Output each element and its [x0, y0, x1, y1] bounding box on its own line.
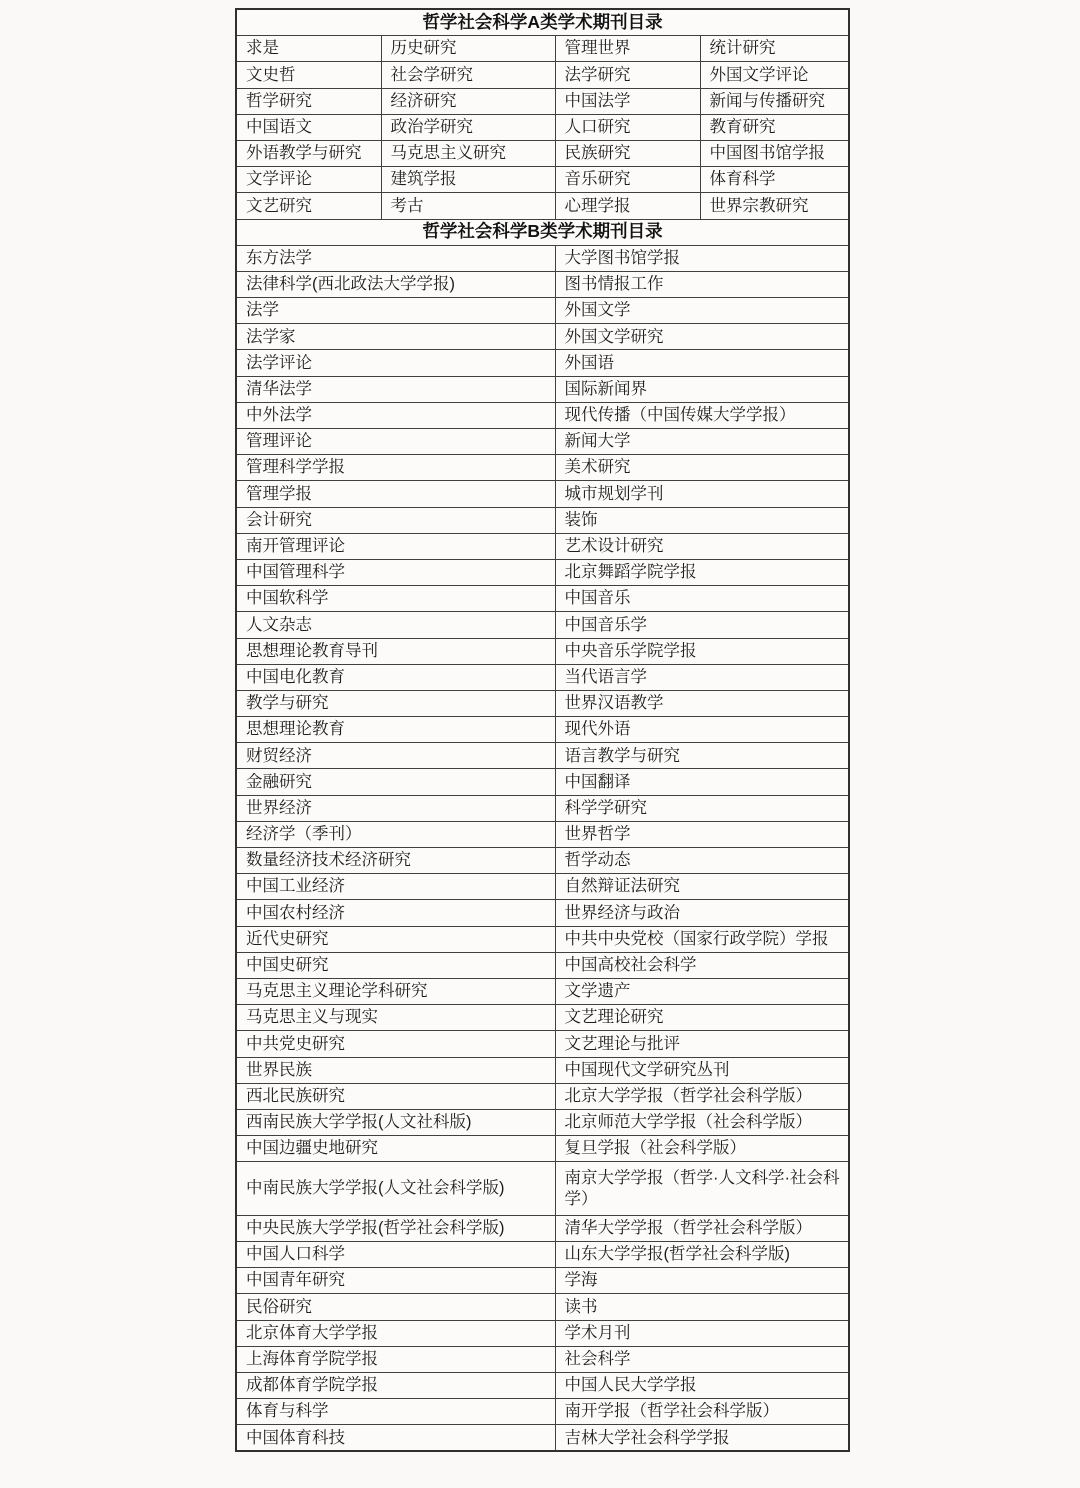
journal-cell: 上海体育学院学报 — [236, 1346, 555, 1372]
journal-cell: 艺术设计研究 — [555, 533, 849, 559]
journal-cell: 人文杂志 — [236, 612, 555, 638]
journal-cell: 心理学报 — [555, 193, 700, 219]
table-row: 思想理论教育导刊中央音乐学院学报 — [236, 638, 849, 664]
table-row: 法学外国文学 — [236, 298, 849, 324]
journal-cell: 世界汉语教学 — [555, 690, 849, 716]
table-row: 数量经济技术经济研究哲学动态 — [236, 848, 849, 874]
journal-cell: 求是 — [236, 36, 381, 62]
table-row: 人文杂志中国音乐学 — [236, 612, 849, 638]
section_b-title: 哲学社会科学B类学术期刊目录 — [236, 219, 849, 245]
journal-cell: 会计研究 — [236, 507, 555, 533]
table-row: 中南民族大学学报(人文社会科学版)南京大学学报（哲学·人文科学·社会科学） — [236, 1162, 849, 1216]
section_b-header-row: 哲学社会科学B类学术期刊目录 — [236, 219, 849, 245]
journal-cell: 新闻大学 — [555, 429, 849, 455]
journal-cell: 民俗研究 — [236, 1294, 555, 1320]
journal-cell: 城市规划学刊 — [555, 481, 849, 507]
journal-cell: 新闻与传播研究 — [700, 88, 849, 114]
journal-cell: 政治学研究 — [381, 114, 555, 140]
journal-cell: 文艺理论研究 — [555, 1005, 849, 1031]
journal-cell: 现代传播（中国传媒大学学报） — [555, 402, 849, 428]
table-row: 中国语文政治学研究人口研究教育研究 — [236, 114, 849, 140]
journal-cell: 考古 — [381, 193, 555, 219]
table-row: 哲学研究经济研究中国法学新闻与传播研究 — [236, 88, 849, 114]
table-row: 管理学报城市规划学刊 — [236, 481, 849, 507]
journal-cell: 国际新闻界 — [555, 376, 849, 402]
journal-cell: 管理科学学报 — [236, 455, 555, 481]
journal-cell: 南开学报（哲学社会科学版） — [555, 1399, 849, 1425]
journal-cell: 北京大学学报（哲学社会科学版） — [555, 1083, 849, 1109]
journal-cell: 哲学动态 — [555, 848, 849, 874]
table-row: 外语教学与研究马克思主义研究民族研究中国图书馆学报 — [236, 140, 849, 166]
journal-cell: 中国人口科学 — [236, 1241, 555, 1267]
table-row: 中国软科学中国音乐 — [236, 586, 849, 612]
journal-cell: 图书情报工作 — [555, 271, 849, 297]
journal-cell: 西北民族研究 — [236, 1083, 555, 1109]
journal-cell: 体育与科学 — [236, 1399, 555, 1425]
journal-cell: 文艺理论与批评 — [555, 1031, 849, 1057]
journal-cell: 世界宗教研究 — [700, 193, 849, 219]
journal-cell: 法学家 — [236, 324, 555, 350]
journal-cell: 统计研究 — [700, 36, 849, 62]
journal-cell: 经济研究 — [381, 88, 555, 114]
journal-cell: 中国人民大学学报 — [555, 1372, 849, 1398]
journal-cell: 清华法学 — [236, 376, 555, 402]
journal-cell: 北京师范大学学报（社会科学版） — [555, 1109, 849, 1135]
journal-cell: 管理评论 — [236, 429, 555, 455]
journal-cell: 中外法学 — [236, 402, 555, 428]
journal-cell: 美术研究 — [555, 455, 849, 481]
journal-cell: 近代史研究 — [236, 926, 555, 952]
journal-cell: 成都体育学院学报 — [236, 1372, 555, 1398]
journal-cell: 社会学研究 — [381, 62, 555, 88]
table-row: 南开管理评论艺术设计研究 — [236, 533, 849, 559]
journal-cell: 南京大学学报（哲学·人文科学·社会科学） — [555, 1162, 849, 1216]
journal-cell: 西南民族大学学报(人文社科版) — [236, 1109, 555, 1135]
journal-cell: 东方法学 — [236, 245, 555, 271]
table-row: 中共党史研究文艺理论与批评 — [236, 1031, 849, 1057]
table-row: 财贸经济语言教学与研究 — [236, 743, 849, 769]
journal-cell: 法律科学(西北政法大学学报) — [236, 271, 555, 297]
journal-cell: 清华大学学报（哲学社会科学版） — [555, 1215, 849, 1241]
journal-cell: 金融研究 — [236, 769, 555, 795]
journal-cell: 财贸经济 — [236, 743, 555, 769]
journal-cell: 中国语文 — [236, 114, 381, 140]
table-row: 清华法学国际新闻界 — [236, 376, 849, 402]
table-row: 东方法学大学图书馆学报 — [236, 245, 849, 271]
table-row: 上海体育学院学报社会科学 — [236, 1346, 849, 1372]
journal-cell: 中国体育科技 — [236, 1425, 555, 1452]
journal-cell: 世界经济与政治 — [555, 900, 849, 926]
journal-cell: 装饰 — [555, 507, 849, 533]
journal-cell: 北京舞蹈学院学报 — [555, 559, 849, 585]
journal-cell: 管理世界 — [555, 36, 700, 62]
journal-cell: 建筑学报 — [381, 167, 555, 193]
page: 哲学社会科学A类学术期刊目录求是历史研究管理世界统计研究文史哲社会学研究法学研究… — [0, 0, 1080, 1488]
journal-cell: 学术月刊 — [555, 1320, 849, 1346]
journal-cell: 管理学报 — [236, 481, 555, 507]
table-row: 中央民族大学学报(哲学社会科学版)清华大学学报（哲学社会科学版） — [236, 1215, 849, 1241]
journal-cell: 马克思主义与现实 — [236, 1005, 555, 1031]
journal-cell: 中国音乐学 — [555, 612, 849, 638]
table-row: 中国人口科学山东大学学报(哲学社会科学版) — [236, 1241, 849, 1267]
journal-cell: 民族研究 — [555, 140, 700, 166]
journal-cell: 南开管理评论 — [236, 533, 555, 559]
table-row: 近代史研究中共中央党校（国家行政学院）学报 — [236, 926, 849, 952]
journal-cell: 中央民族大学学报(哲学社会科学版) — [236, 1215, 555, 1241]
journal-cell: 世界经济 — [236, 795, 555, 821]
journal-cell: 大学图书馆学报 — [555, 245, 849, 271]
journal-cell: 外国文学研究 — [555, 324, 849, 350]
table-row: 体育与科学南开学报（哲学社会科学版） — [236, 1399, 849, 1425]
journal-cell: 数量经济技术经济研究 — [236, 848, 555, 874]
journal-cell: 马克思主义研究 — [381, 140, 555, 166]
journal-cell: 自然辩证法研究 — [555, 874, 849, 900]
section_a-title: 哲学社会科学A类学术期刊目录 — [236, 9, 849, 36]
journal-cell: 山东大学学报(哲学社会科学版) — [555, 1241, 849, 1267]
journal-cell: 科学学研究 — [555, 795, 849, 821]
journal-cell: 哲学研究 — [236, 88, 381, 114]
journal-cell: 中国电化教育 — [236, 664, 555, 690]
journal-cell: 中南民族大学学报(人文社会科学版) — [236, 1162, 555, 1216]
journal-cell: 语言教学与研究 — [555, 743, 849, 769]
table-row: 中国管理科学北京舞蹈学院学报 — [236, 559, 849, 585]
journal-cell: 中国青年研究 — [236, 1268, 555, 1294]
table-row: 中国农村经济世界经济与政治 — [236, 900, 849, 926]
journal-cell: 复旦学报（社会科学版） — [555, 1136, 849, 1162]
journal-cell: 法学 — [236, 298, 555, 324]
journal-cell: 中国边疆史地研究 — [236, 1136, 555, 1162]
section_a-header-row: 哲学社会科学A类学术期刊目录 — [236, 9, 849, 36]
table-row: 文史哲社会学研究法学研究外国文学评论 — [236, 62, 849, 88]
table-row: 西南民族大学学报(人文社科版)北京师范大学学报（社会科学版） — [236, 1109, 849, 1135]
journal-cell: 外国文学 — [555, 298, 849, 324]
journal-table: 哲学社会科学A类学术期刊目录求是历史研究管理世界统计研究文史哲社会学研究法学研究… — [235, 8, 850, 1452]
table-row: 世界经济科学学研究 — [236, 795, 849, 821]
table-row: 教学与研究世界汉语教学 — [236, 690, 849, 716]
table-row: 西北民族研究北京大学学报（哲学社会科学版） — [236, 1083, 849, 1109]
journal-cell: 体育科学 — [700, 167, 849, 193]
journal-cell: 现代外语 — [555, 717, 849, 743]
table-row: 文艺研究考古心理学报世界宗教研究 — [236, 193, 849, 219]
journal-cell: 外国文学评论 — [700, 62, 849, 88]
table-row: 金融研究中国翻译 — [236, 769, 849, 795]
journal-cell: 外语教学与研究 — [236, 140, 381, 166]
journal-cell: 中央音乐学院学报 — [555, 638, 849, 664]
table-row: 中国工业经济自然辩证法研究 — [236, 874, 849, 900]
journal-cell: 历史研究 — [381, 36, 555, 62]
table-row: 管理评论新闻大学 — [236, 429, 849, 455]
journal-cell: 教学与研究 — [236, 690, 555, 716]
table-row: 马克思主义理论学科研究文学遗产 — [236, 978, 849, 1004]
table-row: 中国边疆史地研究复旦学报（社会科学版） — [236, 1136, 849, 1162]
journal-cell: 社会科学 — [555, 1346, 849, 1372]
table-row: 会计研究装饰 — [236, 507, 849, 533]
journal-cell: 中国翻译 — [555, 769, 849, 795]
table-row: 中国青年研究学海 — [236, 1268, 849, 1294]
table-row: 思想理论教育现代外语 — [236, 717, 849, 743]
journal-cell: 读书 — [555, 1294, 849, 1320]
journal-cell: 文学评论 — [236, 167, 381, 193]
journal-cell: 当代语言学 — [555, 664, 849, 690]
journal-cell: 世界哲学 — [555, 821, 849, 847]
journal-cell: 文艺研究 — [236, 193, 381, 219]
journal-cell: 中国管理科学 — [236, 559, 555, 585]
table-row: 北京体育大学学报学术月刊 — [236, 1320, 849, 1346]
table-row: 中国体育科技吉林大学社会科学学报 — [236, 1425, 849, 1452]
journal-cell: 中共中央党校（国家行政学院）学报 — [555, 926, 849, 952]
journal-cell: 法学研究 — [555, 62, 700, 88]
table-row: 法律科学(西北政法大学学报)图书情报工作 — [236, 271, 849, 297]
table-row: 求是历史研究管理世界统计研究 — [236, 36, 849, 62]
journal-cell: 外国语 — [555, 350, 849, 376]
journal-cell: 文史哲 — [236, 62, 381, 88]
journal-cell: 中国软科学 — [236, 586, 555, 612]
journal-cell: 中国农村经济 — [236, 900, 555, 926]
table-row: 成都体育学院学报中国人民大学学报 — [236, 1372, 849, 1398]
table-row: 马克思主义与现实文艺理论研究 — [236, 1005, 849, 1031]
journal-table-body: 哲学社会科学A类学术期刊目录求是历史研究管理世界统计研究文史哲社会学研究法学研究… — [236, 9, 849, 1451]
journal-cell: 北京体育大学学报 — [236, 1320, 555, 1346]
journal-cell: 中国高校社会科学 — [555, 952, 849, 978]
journal-cell: 世界民族 — [236, 1057, 555, 1083]
journal-cell: 思想理论教育 — [236, 717, 555, 743]
journal-cell: 中国法学 — [555, 88, 700, 114]
journal-cell: 中国音乐 — [555, 586, 849, 612]
journal-cell: 文学遗产 — [555, 978, 849, 1004]
journal-cell: 音乐研究 — [555, 167, 700, 193]
journal-cell: 经济学（季刊） — [236, 821, 555, 847]
table-row: 法学家外国文学研究 — [236, 324, 849, 350]
table-row: 中国史研究中国高校社会科学 — [236, 952, 849, 978]
journal-cell: 马克思主义理论学科研究 — [236, 978, 555, 1004]
journal-cell: 中国图书馆学报 — [700, 140, 849, 166]
table-row: 中外法学现代传播（中国传媒大学学报） — [236, 402, 849, 428]
journal-cell: 中国史研究 — [236, 952, 555, 978]
journal-cell: 学海 — [555, 1268, 849, 1294]
journal-cell: 人口研究 — [555, 114, 700, 140]
table-row: 管理科学学报美术研究 — [236, 455, 849, 481]
table-row: 民俗研究读书 — [236, 1294, 849, 1320]
table-row: 法学评论外国语 — [236, 350, 849, 376]
table-row: 文学评论建筑学报音乐研究体育科学 — [236, 167, 849, 193]
table-row: 经济学（季刊）世界哲学 — [236, 821, 849, 847]
table-row: 中国电化教育当代语言学 — [236, 664, 849, 690]
journal-cell: 法学评论 — [236, 350, 555, 376]
journal-cell: 思想理论教育导刊 — [236, 638, 555, 664]
journal-cell: 中国工业经济 — [236, 874, 555, 900]
journal-cell: 教育研究 — [700, 114, 849, 140]
journal-cell: 吉林大学社会科学学报 — [555, 1425, 849, 1452]
journal-cell: 中共党史研究 — [236, 1031, 555, 1057]
journal-cell: 中国现代文学研究丛刊 — [555, 1057, 849, 1083]
table-row: 世界民族中国现代文学研究丛刊 — [236, 1057, 849, 1083]
